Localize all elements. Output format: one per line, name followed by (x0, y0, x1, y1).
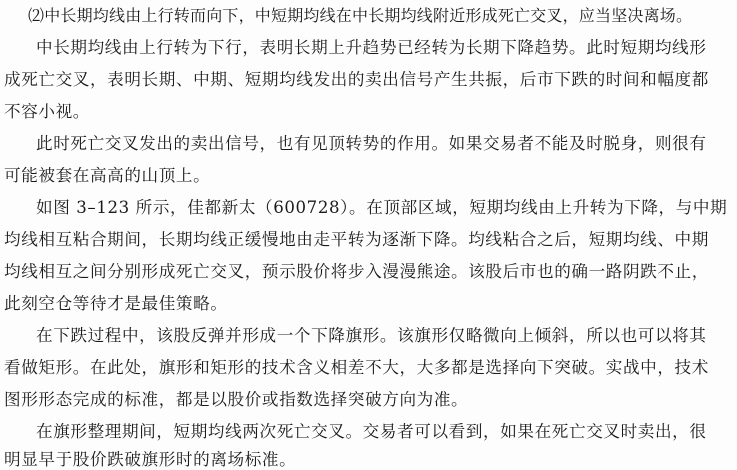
paragraph-line: 此时死亡交叉发出的卖出信号，也有见顶转势的作用。如果交易者不能及时脱身，则很有 (36, 134, 707, 154)
paragraph-line: 看做矩形。在此处，旗形和矩形的技术含义相差不大，大多都是选择向下突破。实战中，技… (4, 358, 709, 378)
paragraph-line: 可能被套在高高的山顶上。 (4, 166, 210, 186)
paragraph-line: 不容小视。 (4, 102, 90, 122)
section-heading: ⑵中长期均线由上行转而向下，中短期均线在中长期均线附近形成死亡交叉，应当坚决离场… (28, 6, 692, 26)
paragraph-line: 中长期均线由上行转为下行，表明长期上升趋势已经转为长期下降趋势。此时短期均线形 (36, 38, 707, 58)
paragraph-line: 均线相互之间分别形成死亡交叉，预示股价将步入漫漫熊途。该股后市也的确一路阴跌不止… (4, 262, 709, 282)
book-page: ⑵中长期均线由上行转而向下，中短期均线在中长期均线附近形成死亡交叉，应当坚决离场… (0, 0, 737, 470)
paragraph-line: 均线相互粘合期间，长期均线正缓慢地由走平转为逐渐下降。均线粘合之后，短期均线、中… (4, 230, 709, 250)
paragraph-line: 如图 3–123 所示，佳都新太（600728）。在顶部区域，短期均线由上升转为… (36, 198, 727, 218)
paragraph-line: 图形形态完成的标准，都是以股价或指数选择突破方向为准。 (4, 390, 468, 410)
paragraph-line: 在旗形整理期间，短期均线两次死亡交叉。交易者可以看到，如果在死亡交叉时卖出，很 (36, 422, 707, 442)
paragraph-line: 明显早于股价跌破旗形时的离场标准。 (4, 450, 296, 470)
paragraph-line: 此刻空仓等待才是最佳策略。 (4, 294, 228, 314)
paragraph-line: 在下跌过程中，该股反弹并形成一个下降旗形。该旗形仅略微向上倾斜，所以也可以将其 (36, 326, 707, 346)
paragraph-line: 成死亡交叉，表明长期、中期、短期均线发出的卖出信号产生共振，后市下跌的时间和幅度… (4, 70, 709, 90)
